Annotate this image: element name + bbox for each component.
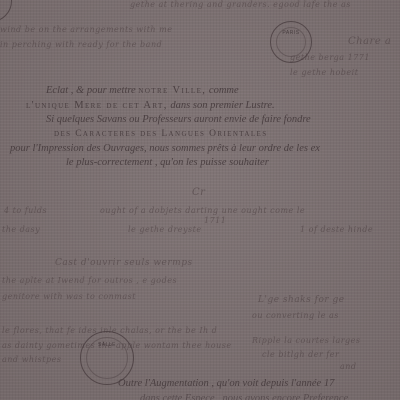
handwriting-line: 4 to fulds [4,206,47,215]
postmark-icon: SALLE [80,331,134,385]
handwriting-line: le gethe hobeit [290,68,358,77]
handwriting-line: gethe at thering and granders. egood laf… [130,0,351,9]
handwriting-line: ought of a dobjets darting une ought com… [100,206,305,215]
handwriting-line: and whistpes [2,355,61,364]
postmark-icon: PARIS [270,21,312,63]
printed-line: des Caracteres des Langues Orientales [54,129,268,139]
handwriting-line: Chare a [348,36,391,47]
handwriting-line: and [340,362,357,371]
handwriting-line: ou converting le as [252,311,339,320]
handwriting-line: 1 of deste hinde [300,225,373,234]
handwriting-line: L'ge shaks for ge [258,295,345,305]
printed-line: pour l'Impression des Ouvrages, nous som… [10,143,320,154]
handwriting-line: in perching with ready for the band [0,40,162,49]
handwriting-line: Cr [192,187,205,198]
handwriting-line: 1711 [204,216,226,225]
handwriting-line: wind be on the arrangements with me [0,25,172,34]
handwriting-line: Cast d'ouvrir seuls wermps [55,258,193,268]
vintage-script-texture: gethe at thering and granders. egood laf… [0,0,400,400]
handwriting-line: Ripple la courtes larges [252,336,361,345]
printed-line: Eclat , & pour mettre notre Ville, comme [46,85,239,96]
printed-line: dans cette Espece , nous avons encore Pr… [140,393,348,400]
printed-line: Outre l'Augmentation , qu'on voit depuis… [118,378,334,389]
printed-line: l'unique Mere de cet Art, dans son premi… [26,100,275,111]
handwriting-line: le gethe dreyste [128,225,202,234]
printed-line: Si quelques Savans ou Professeurs auront… [46,114,311,125]
handwriting-line: the dasy [2,225,40,234]
printed-line: le plus-correctement , qu'on les puisse … [66,157,269,168]
handwriting-line: the aplte at Iwend for outros , e godes [2,276,177,285]
handwriting-line: cle bitlgh der fer [262,350,339,359]
postmark-partial-icon [0,0,12,22]
handwriting-line: genitore with was to conmast [2,292,136,301]
